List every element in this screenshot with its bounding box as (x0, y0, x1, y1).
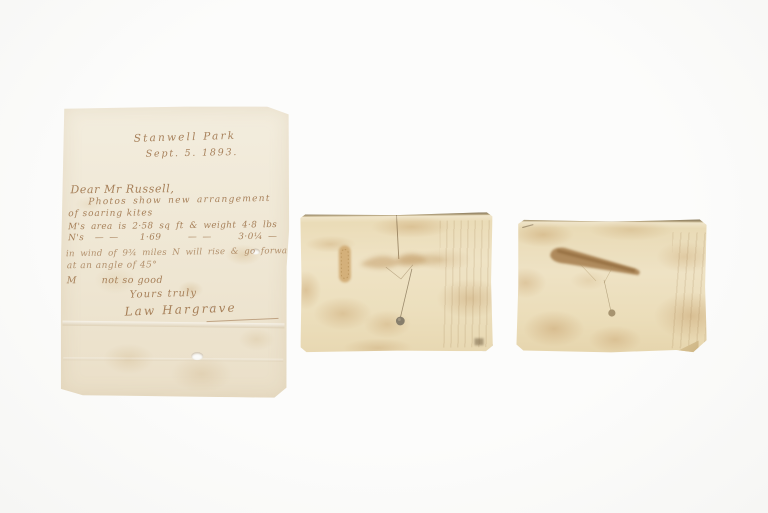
pendulum-line (400, 269, 412, 318)
corner-smudge (474, 338, 483, 345)
letter-place: Stanwell Park (134, 131, 237, 144)
pendulum-line (604, 280, 611, 311)
pendulum-ball-highlight (398, 318, 401, 321)
letter-body-line: in wind of 9¾ miles N will rise & go for… (66, 247, 298, 259)
letter-body-line: N's — — 1·69 — — 3·0¼ — (68, 233, 277, 243)
letter-closing: Yours truly (130, 289, 198, 301)
paper-hole (191, 352, 203, 360)
kite-photo-right-content (516, 219, 708, 354)
kite-photo-left (299, 212, 493, 353)
letter-body-line: M not so good (67, 276, 163, 286)
letter-date: Sept. 5. 1893. (146, 148, 239, 159)
signature-flourish (207, 318, 279, 322)
stamp-mark (339, 245, 351, 282)
kite-line (396, 213, 398, 259)
letter-signature: Law Hargrave (124, 302, 237, 318)
pendulum-ball (396, 317, 405, 326)
corner-smudge (522, 225, 533, 228)
letter-body-line: M's area is 2·58 sq ft & weight 4·8 lbs (68, 221, 277, 232)
pendulum-ball (608, 309, 615, 316)
fold-crease (63, 357, 283, 362)
letter-salutation: Dear Mr Russell, (70, 183, 174, 195)
kite-photo-left-content (299, 212, 493, 353)
hargrave-letter: Stanwell Park Sept. 5. 1893. Dear Mr Rus… (60, 105, 290, 398)
fold-crease (62, 321, 284, 329)
letter-body-line: Photos show new arrangement (88, 195, 271, 208)
letter-body-line: at an angle of 45° (67, 261, 158, 271)
kite-photo-right (516, 219, 708, 354)
catalogue-photo-backdrop: Stanwell Park Sept. 5. 1893. Dear Mr Rus… (0, 0, 768, 513)
letter-body-line: of soaring kites (68, 209, 153, 219)
